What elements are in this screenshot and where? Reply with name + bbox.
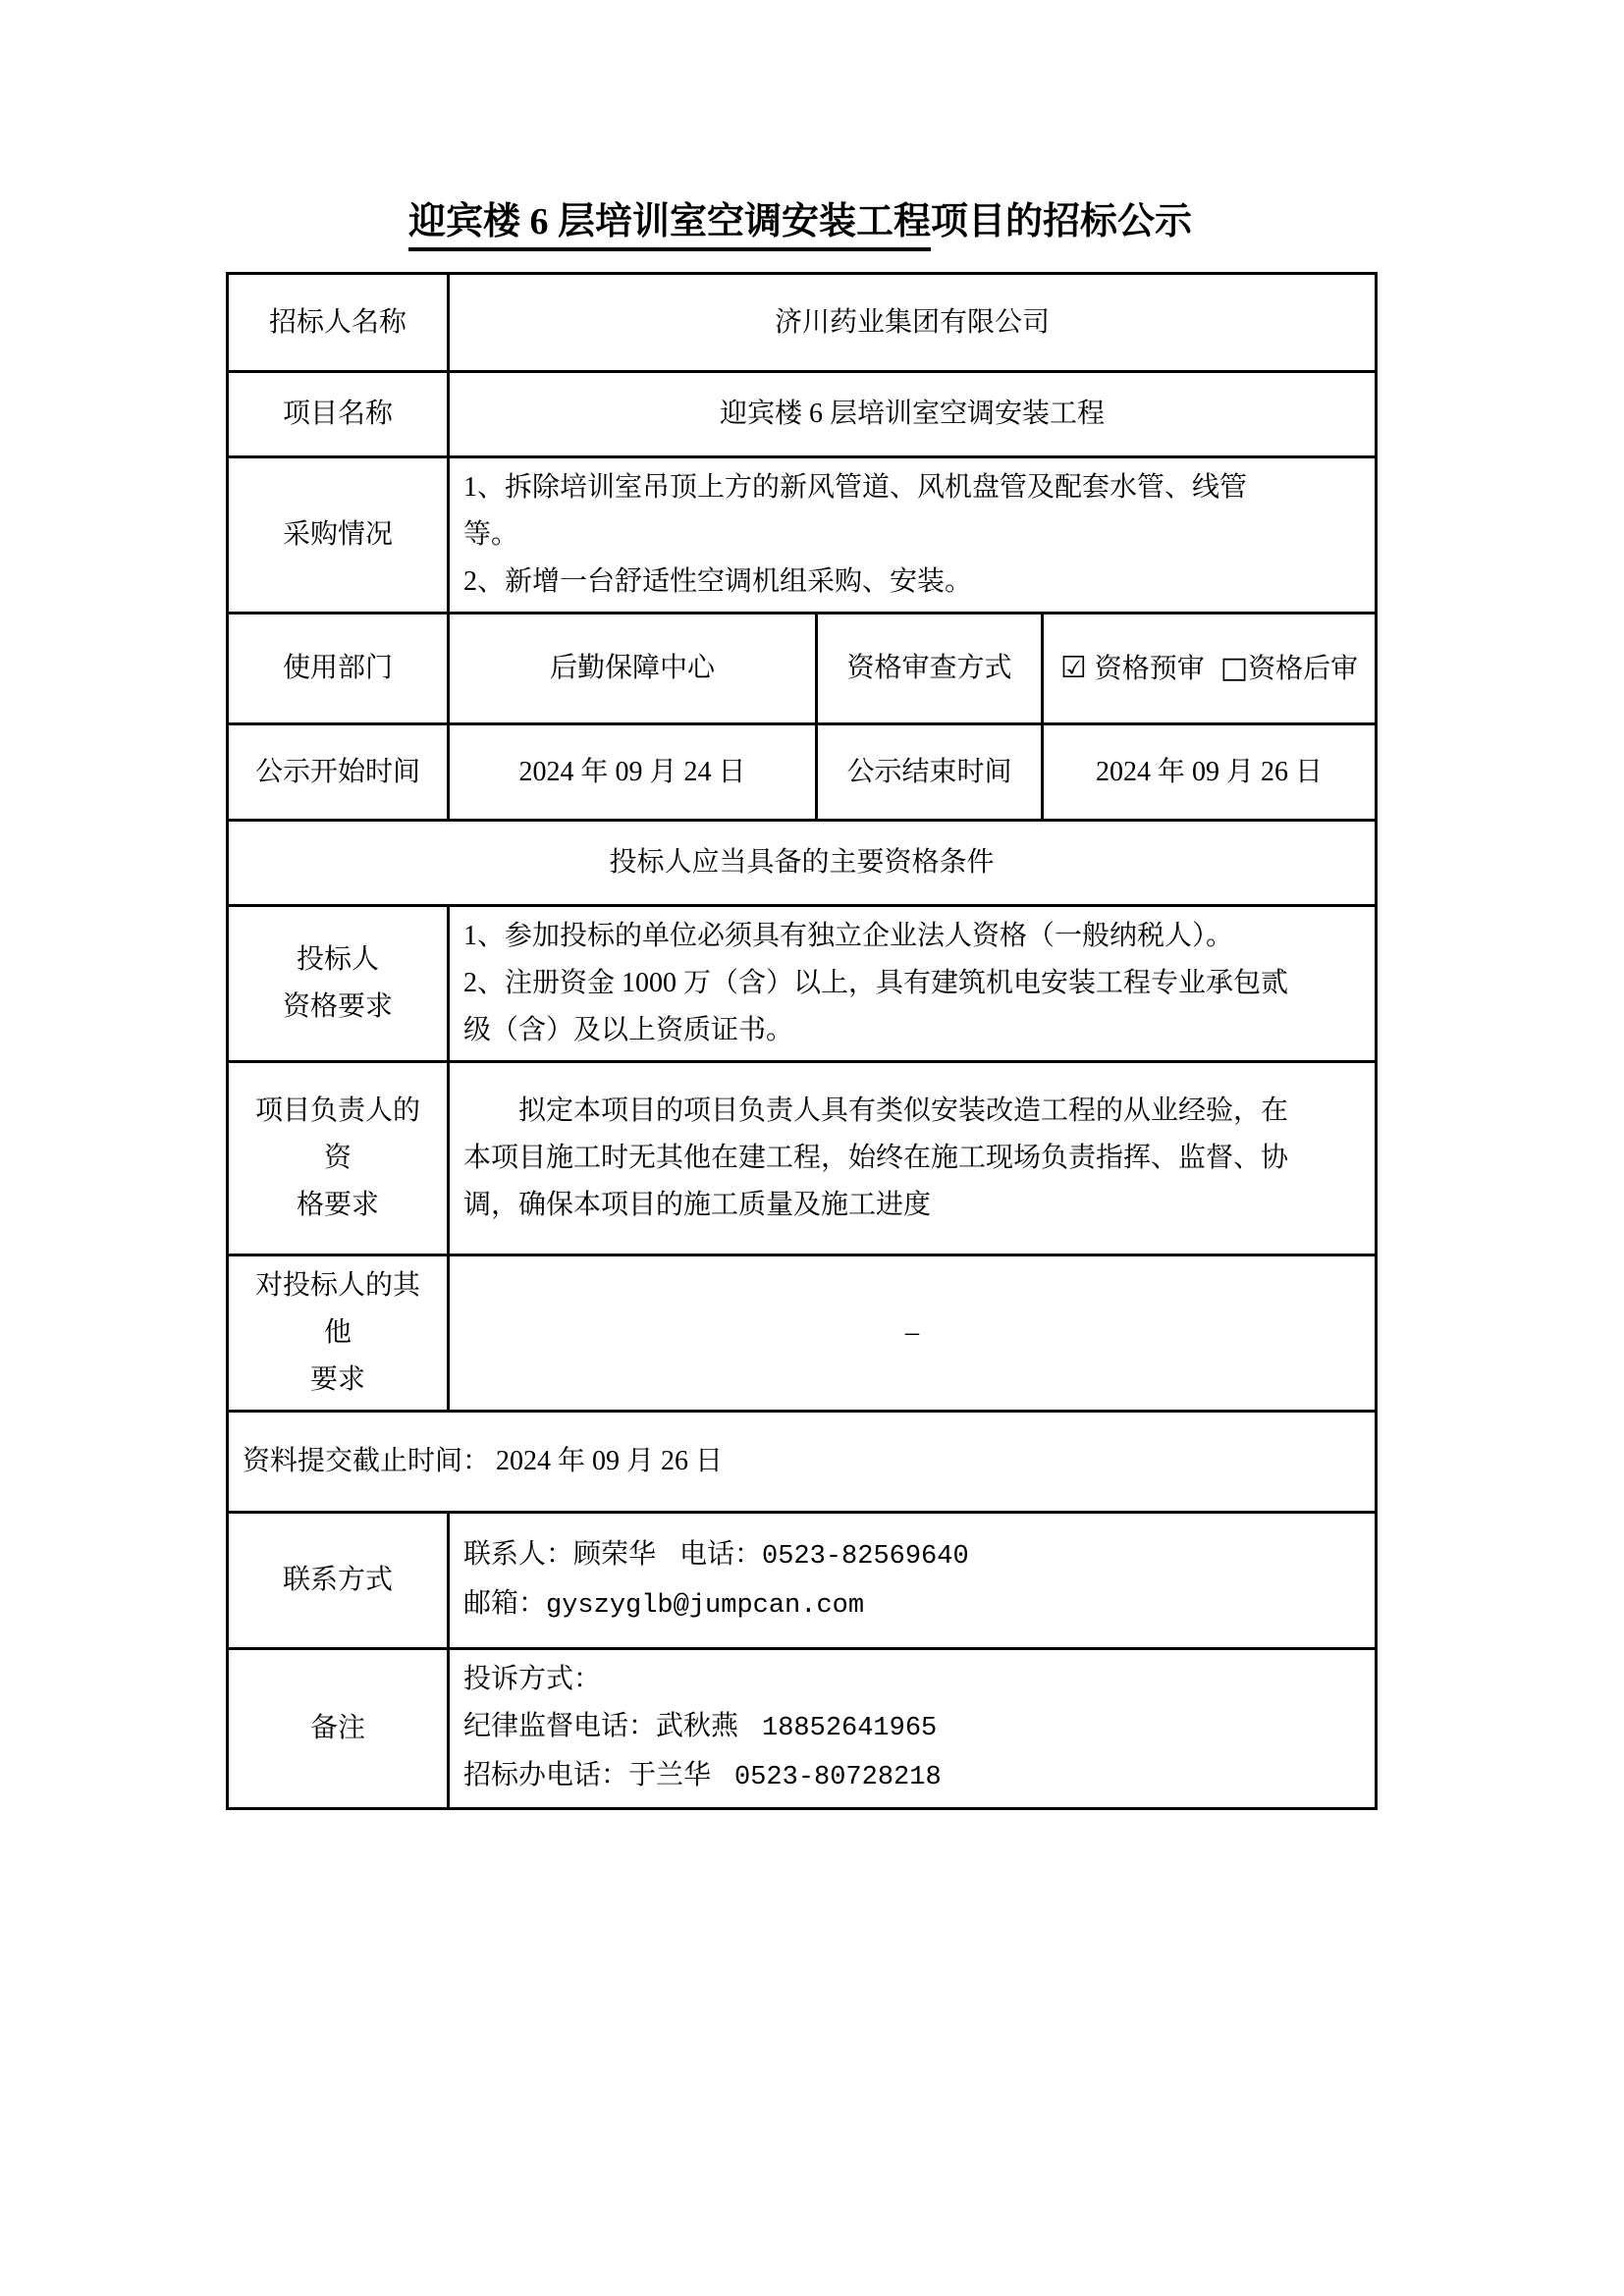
- row-contact: 联系方式 联系人：顾荣华电话：0523-82569640 邮箱：gyszyglb…: [228, 1513, 1377, 1649]
- contact-details: 联系人：顾荣华电话：0523-82569640 邮箱：gyszyglb@jump…: [449, 1513, 1377, 1649]
- page-title: 迎宾楼 6 层培训室空调安装工程项目的招标公示: [226, 0, 1375, 246]
- unchecked-checkbox-icon: □: [1220, 651, 1248, 685]
- bidder-qualification-details: 1、参加投标的单位必须具有独立企业法人资格（一般纳税人）。2、注册资金 1000…: [449, 906, 1377, 1062]
- project-name-value: 迎宾楼 6 层培训室空调安装工程: [449, 372, 1377, 457]
- submission-deadline-value: 2024 年 09 月 26 日: [496, 1446, 723, 1476]
- remark-discipline-contact: 纪律监督电话：武秋燕: [463, 1711, 738, 1741]
- remark-details: 投诉方式： 纪律监督电话：武秋燕18852641965 招标办电话：于兰华052…: [449, 1649, 1377, 1809]
- manager-qualification-label: 项目负责人的资格要求: [228, 1062, 449, 1255]
- publicity-end-label: 公示结束时间: [817, 724, 1043, 821]
- department-value: 后勤保障中心: [449, 614, 817, 724]
- publicity-start-value: 2024 年 09 月 24 日: [449, 724, 817, 821]
- row-manager-qualification: 项目负责人的资格要求 拟定本项目的项目负责人具有类似安装改造工程的从业经验，在本…: [228, 1062, 1377, 1255]
- department-label: 使用部门: [228, 614, 449, 724]
- bidder-name-value: 济川药业集团有限公司: [449, 274, 1377, 372]
- publicity-start-label: 公示开始时间: [228, 724, 449, 821]
- contact-email-address: gyszyglb@jumpcan.com: [546, 1591, 864, 1621]
- postqualification-option-label: 资格后审: [1248, 654, 1358, 684]
- row-project-name: 项目名称 迎宾楼 6 层培训室空调安装工程: [228, 372, 1377, 457]
- qualification-header: 投标人应当具备的主要资格条件: [228, 821, 1377, 906]
- procurement-label: 采购情况: [228, 457, 449, 614]
- row-procurement: 采购情况 1、拆除培训室吊顶上方的新风管道、风机盘管及配套水管、线管等。2、新增…: [228, 457, 1377, 614]
- manager-qualification-details: 拟定本项目的项目负责人具有类似安装改造工程的从业经验，在本项目施工时无其他在建工…: [449, 1062, 1377, 1255]
- bidder-name-label: 招标人名称: [228, 274, 449, 372]
- submission-deadline-cell: 资料提交截止时间：2024 年 09 月 26 日: [228, 1412, 1377, 1513]
- contact-person: 联系人：顾荣华: [463, 1539, 656, 1570]
- other-requirements-value: –: [449, 1255, 1377, 1412]
- row-submission-deadline: 资料提交截止时间：2024 年 09 月 26 日: [228, 1412, 1377, 1513]
- remark-label: 备注: [228, 1649, 449, 1809]
- procurement-details: 1、拆除培训室吊顶上方的新风管道、风机盘管及配套水管、线管等。2、新增一台舒适性…: [449, 457, 1377, 614]
- page-title-underlined-part: 迎宾楼 6 层培训室空调安装工程: [408, 201, 931, 251]
- submission-deadline-label: 资料提交截止时间：: [243, 1446, 490, 1476]
- remark-tender-office-contact: 招标办电话：于兰华: [463, 1760, 711, 1790]
- document-page: { "title": { "underlined": "迎宾楼 6 层培训室空调…: [0, 0, 1624, 2296]
- remark-tender-office-phone: 0523-80728218: [734, 1763, 942, 1792]
- remark-discipline-phone: 18852641965: [762, 1714, 937, 1743]
- tender-announcement-table: 招标人名称 济川药业集团有限公司 项目名称 迎宾楼 6 层培训室空调安装工程 采…: [226, 272, 1378, 1810]
- row-bidder-qualification: 投标人资格要求 1、参加投标的单位必须具有独立企业法人资格（一般纳税人）。2、注…: [228, 906, 1377, 1062]
- bidder-qualification-label: 投标人资格要求: [228, 906, 449, 1062]
- remark-discipline-line: 纪律监督电话：武秋燕18852641965: [463, 1703, 1361, 1752]
- contact-phone-label: 电话：: [679, 1539, 762, 1570]
- contact-line-email: 邮箱：gyszyglb@jumpcan.com: [463, 1580, 1361, 1629]
- contact-email-label: 邮箱：: [463, 1588, 546, 1619]
- row-department-review: 使用部门 后勤保障中心 资格审查方式 ☑资格预审□资格后审: [228, 614, 1377, 724]
- checked-checkbox-icon: ☑: [1060, 651, 1087, 685]
- remark-tender-office-line: 招标办电话：于兰华0523-80728218: [463, 1752, 1361, 1801]
- row-remark: 备注 投诉方式： 纪律监督电话：武秋燕18852641965 招标办电话：于兰华…: [228, 1649, 1377, 1809]
- contact-line-person-phone: 联系人：顾荣华电话：0523-82569640: [463, 1531, 1361, 1580]
- row-other-requirements: 对投标人的其他要求 –: [228, 1255, 1377, 1412]
- prequalification-option-label: 资格预审: [1095, 654, 1205, 684]
- row-publicity-period: 公示开始时间 2024 年 09 月 24 日 公示结束时间 2024 年 09…: [228, 724, 1377, 821]
- page-title-rest: 项目的招标公示: [931, 201, 1192, 242]
- review-method-label: 资格审查方式: [817, 614, 1043, 724]
- other-requirements-label: 对投标人的其他要求: [228, 1255, 449, 1412]
- remark-complaint-method: 投诉方式：: [463, 1656, 1361, 1703]
- row-qualification-header: 投标人应当具备的主要资格条件: [228, 821, 1377, 906]
- row-bidder-name: 招标人名称 济川药业集团有限公司: [228, 274, 1377, 372]
- project-name-label: 项目名称: [228, 372, 449, 457]
- contact-label: 联系方式: [228, 1513, 449, 1649]
- publicity-end-value: 2024 年 09 月 26 日: [1043, 724, 1377, 821]
- contact-phone-number: 0523-82569640: [762, 1542, 969, 1572]
- review-method-options: ☑资格预审□资格后审: [1043, 614, 1377, 724]
